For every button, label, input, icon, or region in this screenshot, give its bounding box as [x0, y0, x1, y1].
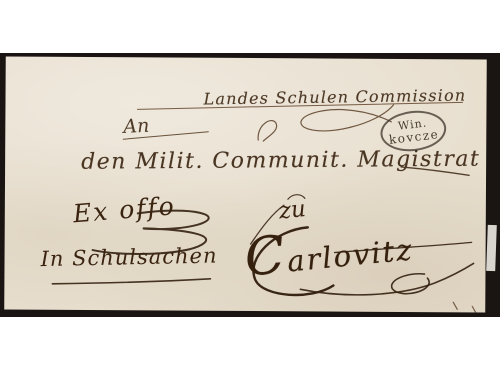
- pen-tick-stroke: [453, 302, 476, 312]
- addressee-intro: An: [123, 115, 150, 138]
- communit-top-loop-stroke: [258, 121, 277, 142]
- preposition-zu: zu: [278, 196, 307, 225]
- header-annotation: Landes Schulen Commission: [203, 86, 466, 109]
- page: Landes Schulen Commission An den Milit. …: [0, 0, 500, 375]
- postmark-town-line2: kovcze: [388, 128, 439, 146]
- subject-underline-stroke: [52, 278, 210, 285]
- header-swash-stroke: [301, 104, 394, 131]
- subject-note: In Schulsachen: [40, 244, 217, 272]
- second-sheet-sliver: [486, 225, 497, 271]
- letter-photo: Landes Schulen Commission An den Milit. …: [0, 53, 500, 317]
- addressee-line: den Milit. Communit. Magistrat: [81, 147, 480, 175]
- carlovitz-loop-stroke: [392, 274, 430, 294]
- letter-paper: Landes Schulen Commission An den Milit. …: [4, 57, 487, 313]
